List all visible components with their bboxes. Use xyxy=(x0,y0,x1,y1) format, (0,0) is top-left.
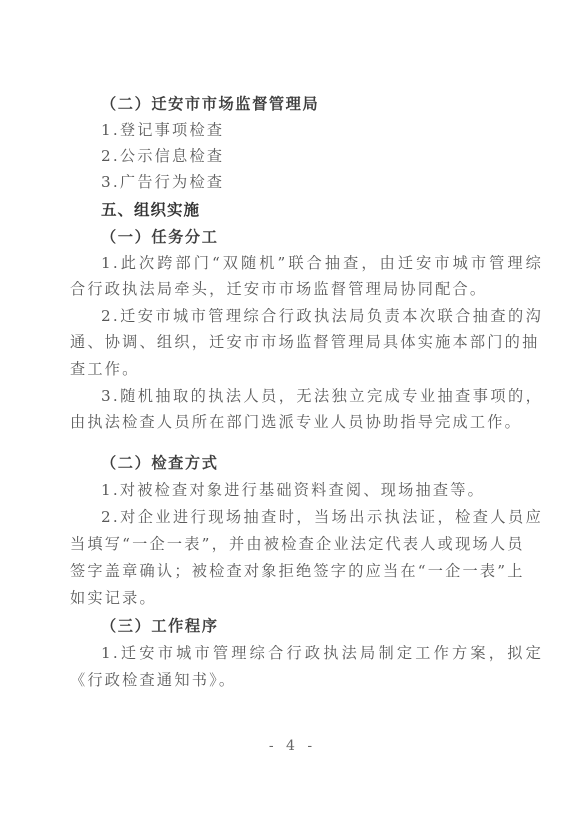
paragraph-line: 合行政执法局牵头，迁安市市场监督管理局协同配合。 xyxy=(70,277,512,301)
paragraph-line: 《行政检查通知书》。 xyxy=(70,668,512,692)
paragraph-line: 如实记录。 xyxy=(70,586,512,610)
paragraph-line: 1.对被检查对象进行基础资料查阅、现场抽查等。 xyxy=(70,478,543,502)
paragraph-line: 由执法检查人员所在部门选派专业人员协助指导完成工作。 xyxy=(70,410,512,434)
list-item: 3.广告行为检查 xyxy=(70,170,543,194)
subheading-task-division: （一）任务分工 xyxy=(70,225,543,249)
paragraph-line: 查工作。 xyxy=(70,357,512,381)
list-item: 1.登记事项检查 xyxy=(70,118,543,142)
subheading-inspection-method: （二）检查方式 xyxy=(70,451,543,475)
page-number: - 4 - xyxy=(0,738,585,754)
paragraph-line: 1.此次跨部门“双随机”联合抽查，由迁安市城市管理综 xyxy=(70,251,543,275)
list-item: 2.公示信息检查 xyxy=(70,144,543,168)
subheading-work-procedure: （三）工作程序 xyxy=(70,614,543,638)
paragraph-line: 2.对企业进行现场抽查时，当场出示执法证，检查人员应 xyxy=(70,505,543,529)
paragraph-line: 当填写“一企一表”，并由被检查企业法定代表人或现场人员 xyxy=(70,532,512,556)
paragraph-line: 签字盖章确认；被检查对象拒绝签字的应当在“一企一表”上 xyxy=(70,559,512,583)
paragraph-line: 3.随机抽取的执法人员，无法独立完成专业抽查事项的， xyxy=(70,384,543,408)
section-heading-market-supervision: （二）迁安市市场监督管理局 xyxy=(70,92,543,116)
paragraph-line: 通、协调、组织，迁安市市场监督管理局具体实施本部门的抽 xyxy=(70,330,512,354)
paragraph-line: 1.迁安市城市管理综合行政执法局制定工作方案，拟定 xyxy=(70,641,543,665)
section-heading-organization: 五、组织实施 xyxy=(70,198,543,222)
paragraph-line: 2.迁安市城市管理综合行政执法局负责本次联合抽查的沟 xyxy=(70,304,543,328)
